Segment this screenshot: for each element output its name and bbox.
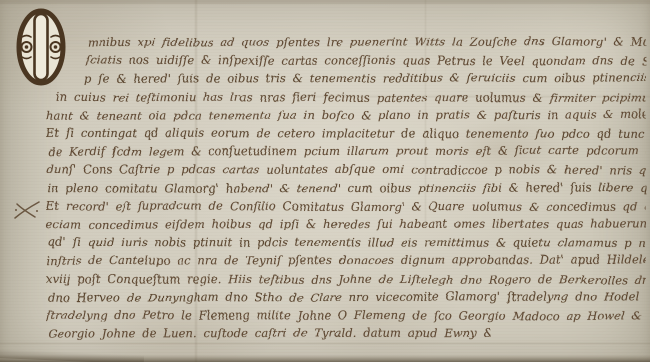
text-line: dunſ' Cons Caſtrie p pdcas cartas uolunt… (46, 161, 646, 180)
text-line: in pleno comitatu Glamorg' habend' & ten… (48, 179, 646, 198)
text-line: mnibus xpi fidelibus ad quos pſentes lre… (88, 33, 646, 52)
text-line: de Kerdif ſcdm legem & conſuetudinem pci… (48, 142, 646, 161)
charter-text-block: mnibus xpi fidelibus ad quos pſentes lre… (0, 0, 650, 362)
text-line: xviij poſt Conqueſtum regie. Hiis teſtib… (46, 271, 646, 290)
text-line: Et ſi contingat qd aliquis eorum de cete… (46, 125, 646, 144)
manuscript-photo: mnibus xpi fidelibus ad quos pſentes lre… (0, 0, 650, 362)
text-line: ſciatis nos uidiſſe & inſpexiſſe cartas … (86, 52, 646, 71)
parchment-bottom-shadow (0, 355, 650, 362)
text-line: Georgio Johne de Luen. cuſtode caſtri de… (48, 325, 490, 344)
text-line: inſtris de Cantelupo ac nra de Teyniſ pſ… (46, 251, 646, 270)
text-line: Et record' eſt ſupradcum de Conſilio Com… (46, 198, 646, 217)
text-line: eciam concedimus eiſdem hoibus qd ipſi &… (46, 215, 646, 234)
text-line: qd' ſi quid iuris nobis ptinuit in pdcis… (48, 234, 646, 253)
text-line: ſtradelyng dno Petro le Flemeng milite J… (46, 307, 646, 326)
text-line: in cuius rei teſtimoniu has lras nras fi… (56, 89, 646, 108)
text-line: p ſe & hered' ſuis de oibus tris & tenem… (84, 69, 646, 88)
text-line: dno Herveo de Dunyngham dno Stho de Clar… (48, 288, 646, 307)
text-line: hant & teneant oia pdca tenementa ſua in… (46, 106, 646, 125)
